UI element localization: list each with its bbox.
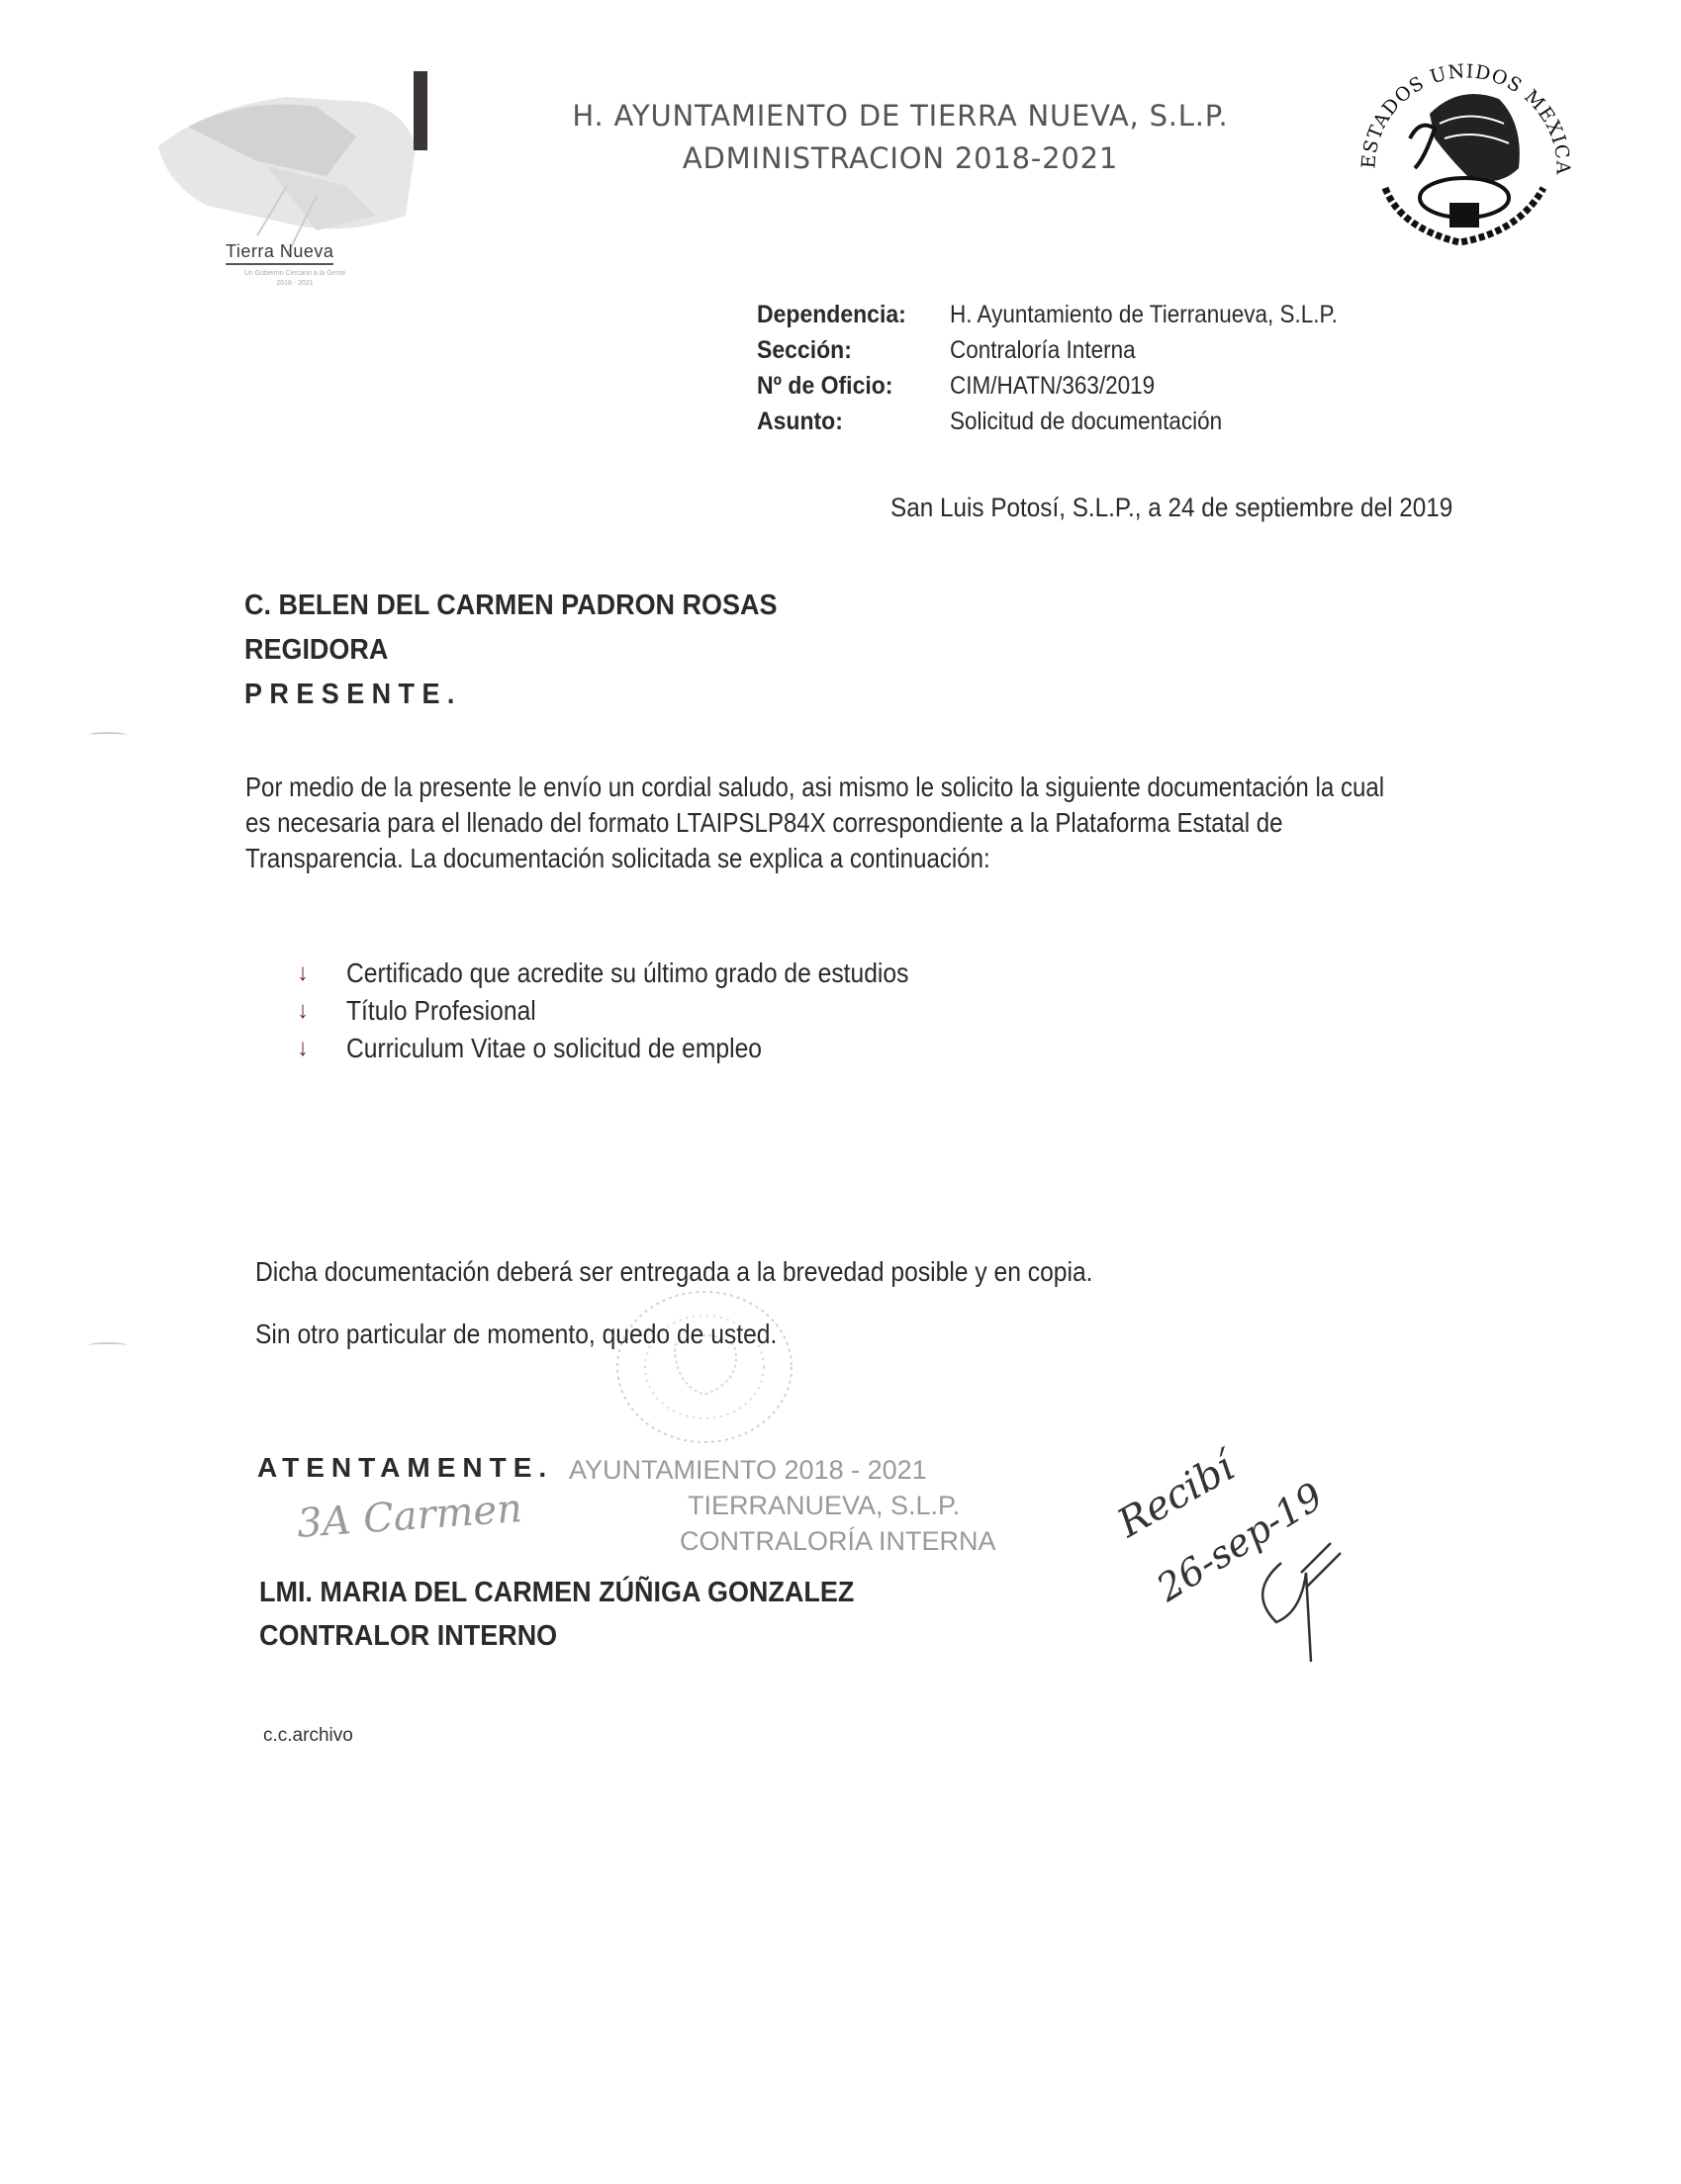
paragraph-line: Por medio de la presente le envío un cor… [245,770,1529,805]
initials-scribble-icon [1262,1563,1311,1662]
faded-seal-stamp-icon [606,1286,803,1449]
letterhead-title: H. AYUNTAMIENTO DE TIERRA NUEVA, S.L.P. [534,99,1266,133]
meta-label: Asunto: [757,408,934,436]
meta-row-oficio: Nº de Oficio: CIM/HATN/363/2019 [757,368,1380,404]
logo-slogan-text: Un Gobierno Cercano a la Gente [226,269,364,279]
list-item-text: Título Profesional [346,992,536,1030]
letterhead-subtitle: ADMINISTRACION 2018-2021 [534,141,1266,175]
office-stamp: AYUNTAMIENTO 2018 - 2021 TIERRANUEVA, S.… [569,1452,996,1559]
meta-value: H. Ayuntamiento de Tierranueva, S.L.P. [950,301,1338,329]
logo-town-name: Tierra Nueva [226,241,333,265]
paragraph-line: Transparencia. La documentación solicita… [245,841,1529,876]
list-item: ↓ Certificado que acredite su último gra… [297,955,985,992]
meta-row-dependencia: Dependencia: H. Ayuntamiento de Tierranu… [757,297,1380,332]
arrow-down-bullet-icon: ↓ [297,992,346,1030]
mexican-coat-of-arms-icon: ESTADOS UNIDOS MEXICANOS [1341,30,1588,262]
meta-row-asunto: Asunto: Solicitud de documentación [757,404,1380,439]
closing-sentence: Dicha documentación deberá ser entregada… [255,1256,1093,1288]
signer-name: LMI. MARIA DEL CARMEN ZÚÑIGA GONZALEZ [259,1571,854,1614]
stamp-line: CONTRALORÍA INTERNA [569,1523,996,1559]
document-metadata: Dependencia: H. Ayuntamiento de Tierranu… [757,297,1380,439]
handwritten-signature: 3A Carmen [296,1486,524,1547]
received-handwritten-note: Recibí 26-sep-19 [1108,1424,1405,1662]
scan-artifact [89,732,127,738]
signer-block: LMI. MARIA DEL CARMEN ZÚÑIGA GONZALEZ CO… [259,1571,899,1658]
closing-courtesy: Sin otro particular de momento, quedo de… [255,1319,777,1350]
recipient-present: PRESENTE. [244,673,777,717]
requested-documents-list: ↓ Certificado que acredite su último gra… [297,955,985,1067]
list-item: ↓ Curriculum Vitae o solicitud de empleo [297,1030,985,1067]
meta-row-seccion: Sección: Contraloría Interna [757,332,1380,368]
scan-artifact [89,1342,127,1348]
list-item-text: Certificado que acredite su último grado… [346,955,908,992]
arrow-down-bullet-icon: ↓ [297,955,346,992]
meta-value: CIM/HATN/363/2019 [950,372,1155,401]
letter-date: San Luis Potosí, S.L.P., a 24 de septiem… [890,493,1452,523]
meta-value: Solicitud de documentación [950,408,1222,436]
meta-label: Dependencia: [757,301,934,329]
meta-label: Sección: [757,336,934,365]
carbon-copy: c.c.archivo [263,1725,353,1747]
body-paragraph: Por medio de la presente le envío un cor… [245,770,1532,876]
arrow-down-bullet-icon: ↓ [297,1030,346,1067]
recipient-role: REGIDORA [244,628,777,673]
stamp-line: AYUNTAMIENTO 2018 - 2021 [569,1452,996,1488]
list-item-text: Curriculum Vitae o solicitud de empleo [346,1030,762,1067]
signer-title: CONTRALOR INTERNO [259,1614,854,1658]
recipient-block: C. BELEN DEL CARMEN PADRON ROSAS REGIDOR… [244,584,817,717]
list-item: ↓ Título Profesional [297,992,985,1030]
salutation: ATENTAMENTE. [257,1452,553,1484]
meta-value: Contraloría Interna [950,336,1136,365]
paragraph-line: es necesaria para el llenado del formato… [245,805,1529,841]
logo-years: 2018 - 2021 [226,279,364,289]
stamp-line: TIERRANUEVA, S.L.P. [569,1488,996,1523]
logo-slogan: Un Gobierno Cercano a la Gente 2018 - 20… [226,269,364,289]
meta-label: Nº de Oficio: [757,372,934,401]
recipient-name: C. BELEN DEL CARMEN PADRON ROSAS [244,584,777,628]
